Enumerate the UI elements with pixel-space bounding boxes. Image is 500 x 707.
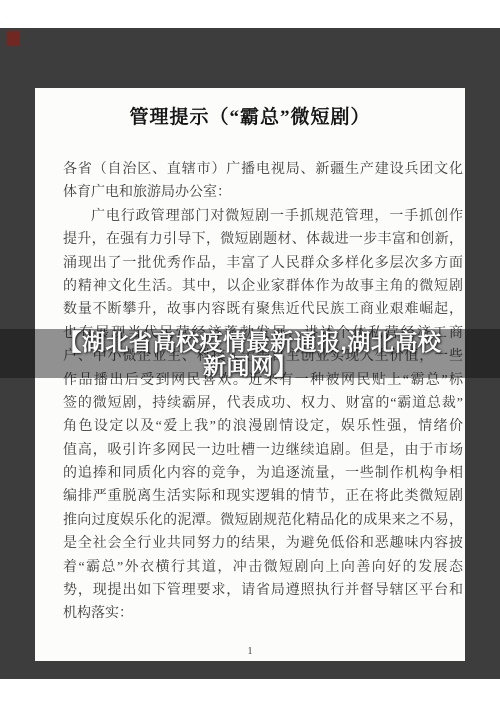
body-line: 编排严重脱离生活实际和现实逻辑的情节，正在将此类微短剧: [63, 485, 463, 508]
caption-line-2: 新闻网】: [0, 354, 500, 378]
red-marker: [7, 31, 20, 46]
body-line: 推向过度娱乐化的泥潭。微短剧规范化精品化的成果来之不易，: [63, 509, 463, 532]
body-line: 数量不断攀升，故事内容既有聚焦近代民族工商业艰难崛起，: [63, 298, 463, 321]
body-line: 签的微短剧，持续霸屏，代表成功、权力、财富的“霸道总裁”: [63, 392, 463, 415]
body-line: 广电行政管理部门对微短剧一手抓规范管理，一手抓创作: [63, 205, 463, 228]
body-line: 各省（自治区、直辖市）广播电视局、新疆生产建设兵团文化: [63, 158, 463, 181]
body-line: 提升，在强有力引导下，微短剧题材、体裁进一步丰富和创新，: [63, 228, 463, 251]
body-line: 着“霸总”外衣横行其道，冲击微短剧向上向善向好的发展态: [63, 556, 463, 579]
body-line: 涌现出了一批优秀作品，丰富了人民群众多样化多层次多方面: [63, 252, 463, 275]
page-number: 1: [35, 646, 465, 657]
body-line: 是全社会全行业共同努力的结果，为避免低俗和恶趣味内容披: [63, 532, 463, 555]
caption-line-1: 【湖北省高校疫情最新通报,湖北高校: [0, 330, 500, 354]
body-line: 势，现提出如下管理要求，请省局遵照执行并督导辖区平台和: [63, 579, 463, 602]
caption-banner: 【湖北省高校疫情最新通报,湖北高校 新闻网】: [0, 329, 500, 378]
body-line: 的精神文化生活。其中，以企业家群体作为故事主角的微短剧: [63, 275, 463, 298]
body-line: 值高，吸引许多网民一边吐槽一边继续追剧。但是，由于市场: [63, 439, 463, 462]
body-line: 机构落实：: [63, 602, 463, 625]
document-body: 各省（自治区、直辖市）广播电视局、新疆生产建设兵团文化 体育广电和旅游局办公室：…: [63, 158, 463, 626]
document-title: 管理提示（“霸总”微短剧）: [35, 102, 465, 129]
body-line: 角色设定以及“爱上我”的浪漫剧情设定，娱乐性强，情绪价: [63, 415, 463, 438]
body-line: 体育广电和旅游局办公室：: [63, 181, 463, 204]
body-line: 的追捧和同质化内容的竞争，为追逐流量，一些制作机构争相: [63, 462, 463, 485]
